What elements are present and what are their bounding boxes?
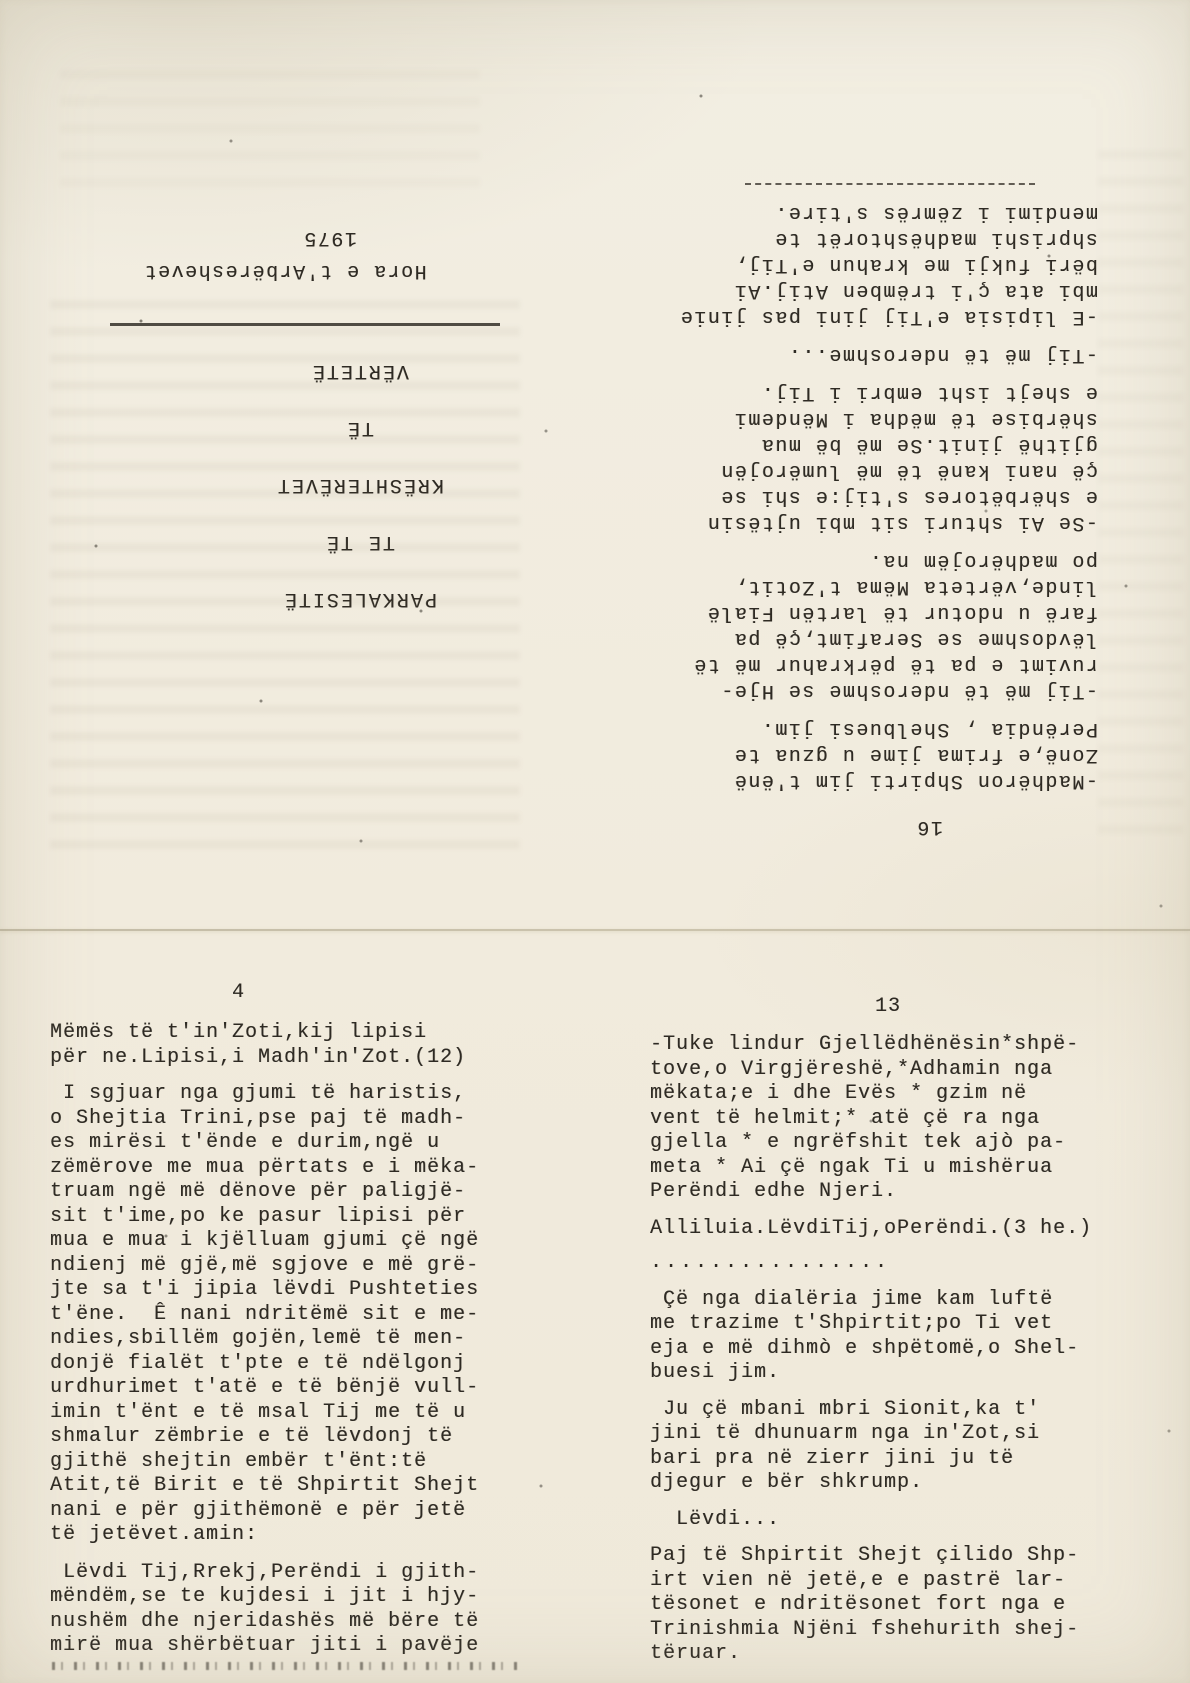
- scanned-booklet-sheet: 16 -Madhëron Shpirti jim t'ënë Zonë,e fr…: [0, 0, 1190, 1683]
- fold-crease: [0, 929, 1190, 931]
- hymn-paragraph: -Tuke lindur Gjellëdhënësin*shpë- tove,o…: [650, 1033, 1190, 1205]
- bottom-half-pages: 4 Mëmës të t'in'Zoti,kij lipisi për ne.L…: [0, 932, 1190, 1683]
- hymn-paragraph: Lëvdi...: [650, 1508, 1190, 1533]
- page-number: 4: [50, 980, 595, 1005]
- dashed-separator: [745, 183, 1035, 185]
- hymn-paragraph: Çë nga dialëria jime kam luftë me trazim…: [650, 1288, 1190, 1386]
- title-line: PARKALESITË: [125, 585, 595, 611]
- imprint-line: Hora e t'Arbëreshevet: [50, 257, 520, 283]
- hymn-paragraph: Paj të Shpirtit Shejt çilido Shp- irt vi…: [650, 1544, 1190, 1667]
- imprint-year: 1975: [95, 224, 565, 250]
- top-half-rotated-pages: 16 -Madhëron Shpirti jim t'ënë Zonë,e fr…: [0, 0, 1190, 929]
- prayer-paragraph: -Tij më të nderoshme se Hje- ruvimt e pa…: [595, 547, 1098, 703]
- title-rule: [110, 323, 500, 326]
- prayer-paragraph: I sgjuar nga gjumi të haristis, o Shejti…: [50, 1082, 595, 1548]
- page-16: 16 -Madhëron Shpirti jim t'ënë Zonë,e fr…: [595, 0, 1190, 929]
- title-line: TE TË: [125, 528, 595, 554]
- prayer-paragraph: Lëvdi Tij,Rrekj,Perëndi i gjith- mëndëm,…: [50, 1561, 595, 1659]
- title-line: KRËSHTERËVET: [125, 471, 595, 497]
- hymn-paragraph: Ju çë mbani mbri Sionit,ka t' jini të dh…: [650, 1398, 1190, 1496]
- prayer-paragraph: -Se Ai shturi sit mbi ujtësin e shërbëto…: [595, 379, 1098, 535]
- dotted-divider: ................: [650, 1251, 1190, 1276]
- page-number: 16: [595, 813, 1098, 839]
- title-page: PARKALESITË TE TË KRËSHTERËVET TË VËRTET…: [0, 0, 595, 929]
- clipped-line-fragment: [52, 1662, 522, 1670]
- hymn-paragraph: Alliluia.LëvdiTij,oPerëndi.(3 he.): [650, 1217, 1190, 1242]
- page-4: 4 Mëmës të t'in'Zoti,kij lipisi për ne.L…: [0, 932, 595, 1683]
- imprint-block: Hora e t'Arbëreshevet 1975: [50, 224, 520, 283]
- page-13: 13 -Tuke lindur Gjellëdhënësin*shpë- tov…: [595, 932, 1190, 1683]
- prayer-paragraph: Mëmës të t'in'Zoti,kij lipisi për ne.Lip…: [50, 1021, 595, 1070]
- prayer-paragraph: -Madhëron Shpirti jim t'ënë Zonë,e frima…: [595, 715, 1098, 793]
- title-line: VËRTETË: [125, 357, 595, 383]
- title-line: TË: [125, 414, 595, 440]
- page-number: 13: [650, 994, 1190, 1019]
- title-block: PARKALESITË TE TË KRËSHTERËVET TË VËRTET…: [125, 357, 595, 611]
- prayer-paragraph: -E lipisia e'Tij jini pas jinie mbi ata …: [595, 199, 1098, 329]
- prayer-paragraph: -Tij më të nderoshme...: [595, 341, 1098, 367]
